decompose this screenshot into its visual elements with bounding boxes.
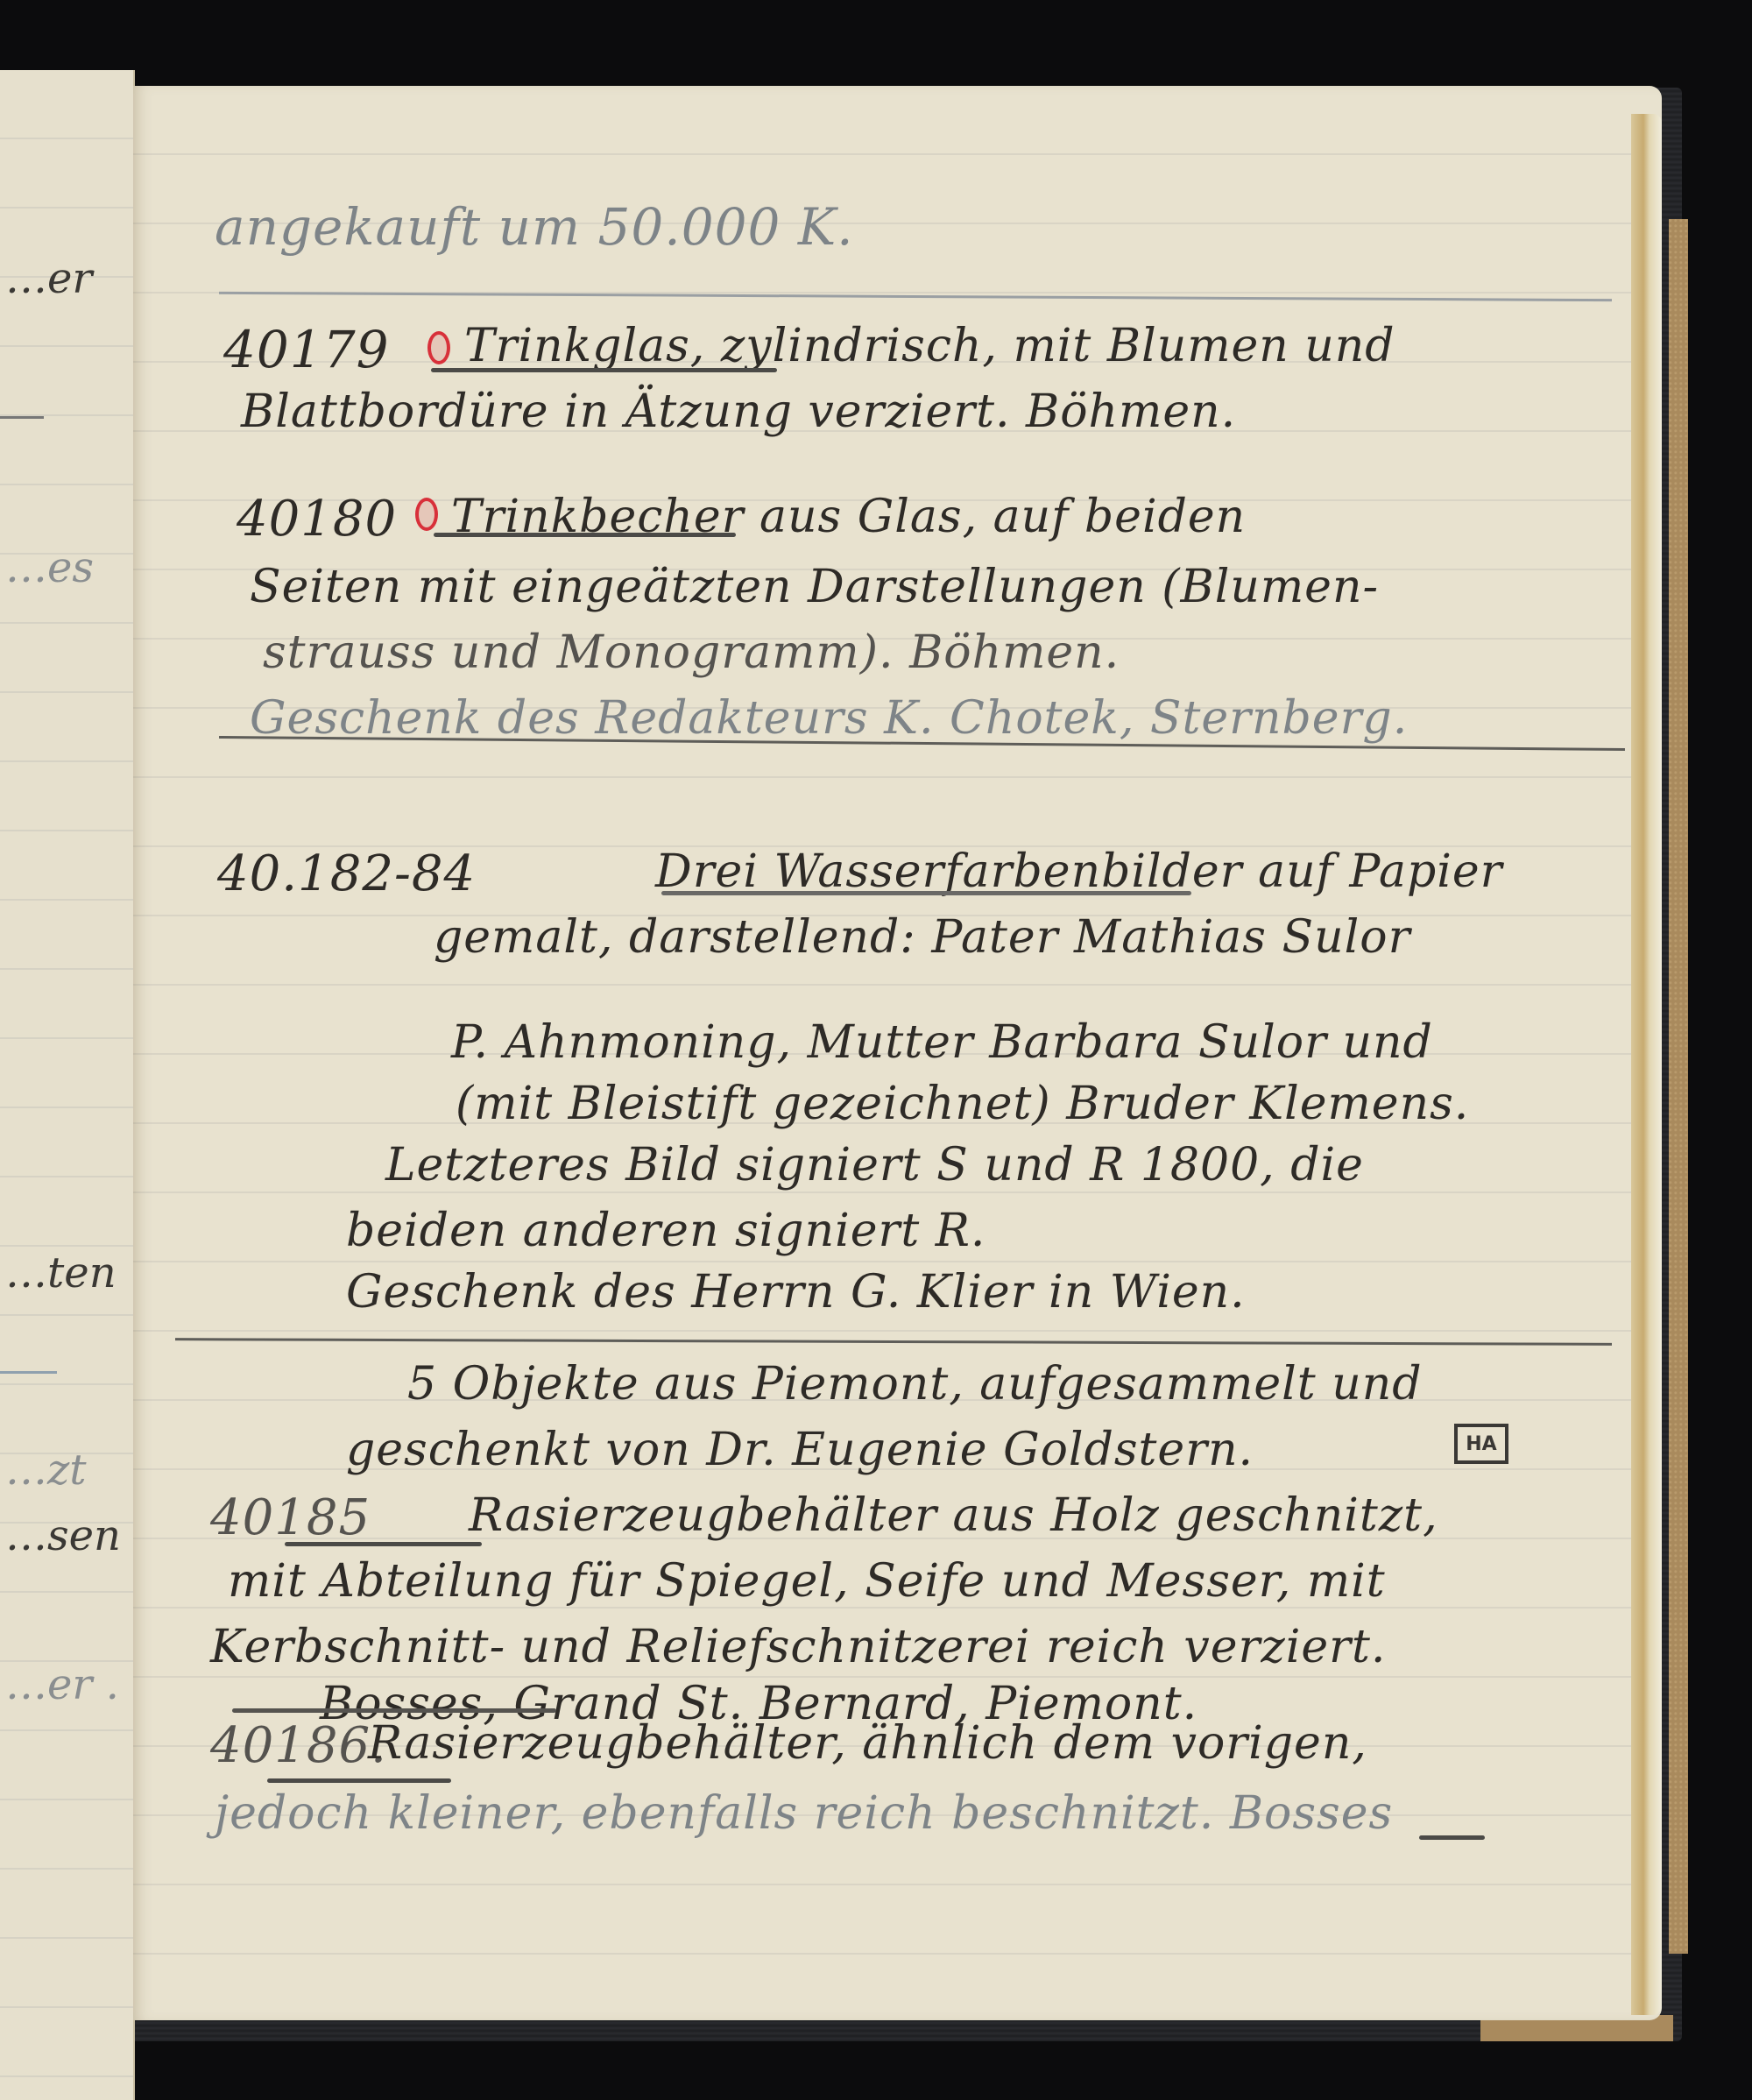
left-fragment: …ten xyxy=(5,1248,117,1297)
entry-text-line: gemalt, darstellend: Pater Mathias Sulor xyxy=(434,911,1410,964)
entry-text-line: Rasierzeugbehälter, ähnlich dem vorigen, xyxy=(368,1717,1367,1770)
ha-stamp: HA xyxy=(1454,1424,1508,1464)
entry-text-line: mit Abteilung für Spiegel, Seife und Mes… xyxy=(228,1555,1386,1608)
acquisition-note: angekauft um 50.000 K. xyxy=(215,197,854,257)
underline xyxy=(267,1778,451,1783)
entry-number: 40179 xyxy=(223,320,390,379)
left-fragment: …sen xyxy=(5,1511,121,1560)
underline xyxy=(434,533,736,537)
red-check-mark xyxy=(427,331,450,364)
donor-line: Geschenk des Herrn G. Klier in Wien. xyxy=(346,1266,1246,1319)
left-fragment: …es xyxy=(5,543,94,592)
donor-line: Geschenk des Redakteurs K. Chotek, Stern… xyxy=(250,692,1408,745)
entry-text-line: jedoch kleiner, ebenfalls reich beschnit… xyxy=(215,1787,1393,1840)
underline xyxy=(661,891,1191,895)
left-fragment: …er . xyxy=(5,1660,119,1709)
entry-text-line: (mit Bleistift gezeichnet) Bruder Klemen… xyxy=(456,1078,1469,1130)
left-rule xyxy=(0,416,44,419)
left-facing-page: …er …es …ten …zt …sen …er . xyxy=(0,70,135,2100)
entry-text-line: Blattbordüre in Ätzung verziert. Böhmen. xyxy=(241,385,1236,438)
group-intro-line: 5 Objekte aus Piemont, aufgesammelt und xyxy=(407,1358,1423,1411)
entry-text-line: beiden anderen signiert R. xyxy=(346,1205,985,1257)
cover-board-edge xyxy=(1669,219,1688,1954)
entry-number: 40180 xyxy=(237,491,397,548)
entry-text-line: Drei Wasserfarbenbilder auf Papier xyxy=(655,845,1503,898)
underline xyxy=(1419,1835,1485,1840)
underline xyxy=(232,1708,556,1713)
entry-text-line: strauss und Monogramm). Böhmen. xyxy=(263,626,1120,679)
entry-text-line: Kerbschnitt- und Reliefschnitzerei reich… xyxy=(210,1621,1386,1673)
underline xyxy=(431,368,777,372)
underline xyxy=(285,1542,482,1546)
group-intro-line: geschenkt von Dr. Eugenie Goldstern. xyxy=(346,1424,1254,1476)
entry-text-line: Trinkglas, zylindrisch, mit Blumen und xyxy=(464,320,1395,372)
entry-text-line: Rasierzeugbehälter aus Holz geschnitzt, xyxy=(469,1489,1438,1542)
left-fragment: …zt xyxy=(5,1446,87,1495)
entry-text-line: Seiten mit eingeätzten Darstellungen (Bl… xyxy=(250,561,1379,613)
red-check-mark xyxy=(415,498,438,531)
left-rule xyxy=(0,1371,57,1374)
entry-number: 40.182-84 xyxy=(217,845,476,902)
entry-text-line: Letzteres Bild signiert S und R 1800, di… xyxy=(385,1139,1364,1191)
entry-number: 40185 xyxy=(210,1489,371,1546)
entry-number: 40186. xyxy=(210,1717,387,1774)
entry-text-line: P. Ahnmoning, Mutter Barbara Sulor und xyxy=(451,1016,1433,1069)
left-fragment: …er xyxy=(5,254,92,303)
page-edge xyxy=(1631,114,1662,2015)
